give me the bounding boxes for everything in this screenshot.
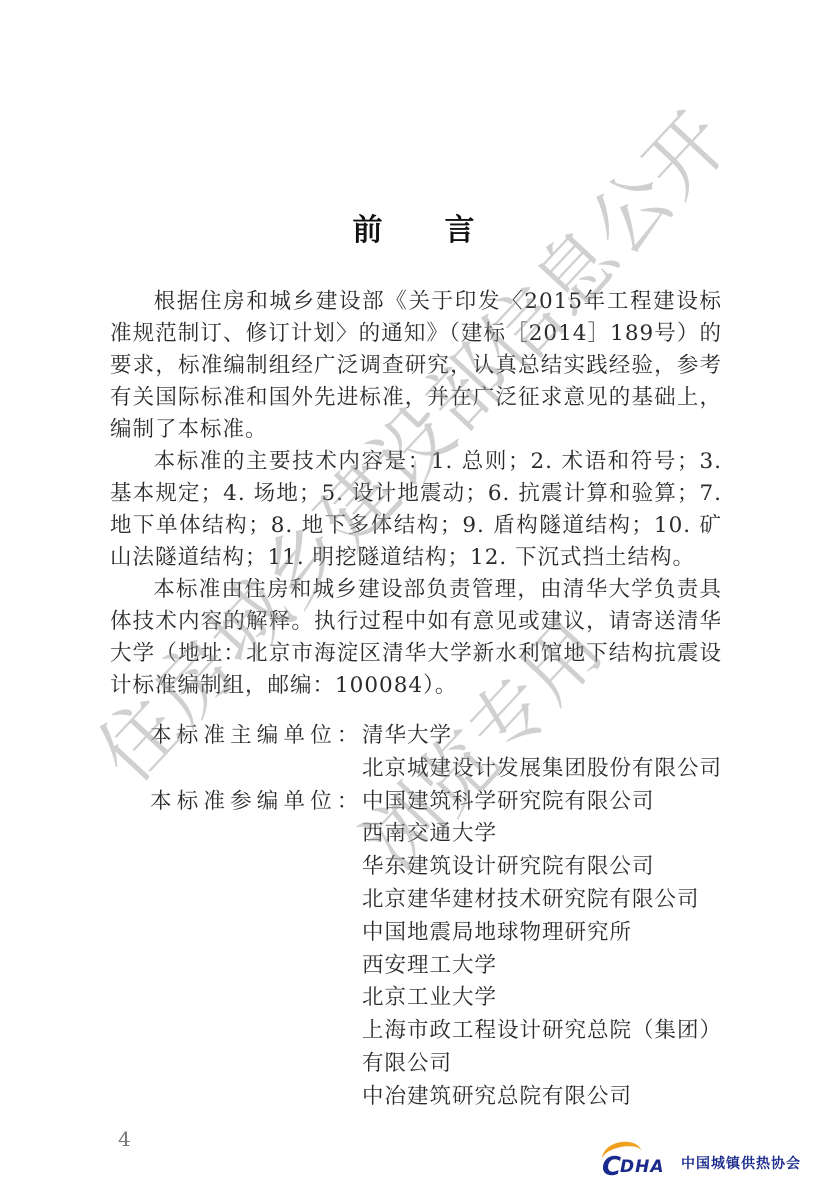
participating-units-label: 本标准参编单位： <box>150 786 362 819</box>
chief-unit-row: 北京城建设计发展集团股份有限公司 <box>150 753 722 786</box>
participating-unit-row: 上海市政工程设计研究总院（集团） <box>150 1015 722 1048</box>
cdha-logo: C DHA 中国城镇供热协会 <box>600 1140 801 1180</box>
paragraph-text: 本标准由住房和城乡建设部负责管理，由清华大学负责具体技术内容的解释。执行过程中如… <box>110 577 722 698</box>
chief-units-label: 本标准主编单位： <box>150 720 362 753</box>
logo-letter: C <box>602 1152 621 1182</box>
unit-name: 上海市政工程设计研究总院（集团） <box>362 1015 722 1048</box>
paragraph-text: 本标准的主要技术内容是：1. 总则；2. 术语和符号；3. 基本规定；4. 场地… <box>110 449 722 570</box>
logo-organization-name: 中国城镇供热协会 <box>681 1153 801 1173</box>
participating-unit-row: 西安理工大学 <box>150 950 722 983</box>
unit-name: 北京城建设计发展集团股份有限公司 <box>362 753 722 786</box>
paragraph-text: 根据住房和城乡建设部《关于印发〈2015年工程建设标准规范制订、修订计划〉的通知… <box>110 289 722 442</box>
logo-acronym: DHA <box>620 1157 665 1177</box>
chief-unit-row: 本标准主编单位： 清华大学 <box>150 720 722 753</box>
participating-unit-row: 中冶建筑研究总院有限公司 <box>150 1081 722 1114</box>
unit-name: 中国建筑科学研究院有限公司 <box>362 786 655 819</box>
units-list: 本标准主编单位： 清华大学 北京城建设计发展集团股份有限公司 本标准参编单位： … <box>150 720 722 1114</box>
unit-name: 西南交通大学 <box>362 818 497 851</box>
unit-name: 西安理工大学 <box>362 950 497 983</box>
participating-unit-row: 北京建华建材技术研究院有限公司 <box>150 884 722 917</box>
participating-unit-row: 北京工业大学 <box>150 982 722 1015</box>
page-title: 前言 <box>0 205 827 249</box>
paragraph-basis: 根据住房和城乡建设部《关于印发〈2015年工程建设标准规范制订、修订计划〉的通知… <box>110 286 722 446</box>
unit-name: 中冶建筑研究总院有限公司 <box>362 1081 632 1114</box>
unit-name: 有限公司 <box>362 1048 452 1081</box>
participating-unit-row: 华东建筑设计研究院有限公司 <box>150 851 722 884</box>
logo-mark-icon: C DHA <box>600 1140 675 1180</box>
paragraph-management: 本标准由住房和城乡建设部负责管理，由清华大学负责具体技术内容的解释。执行过程中如… <box>110 574 722 702</box>
participating-unit-row: 有限公司 <box>150 1048 722 1081</box>
participating-unit-row: 本标准参编单位： 中国建筑科学研究院有限公司 <box>150 786 722 819</box>
unit-name: 华东建筑设计研究院有限公司 <box>362 851 655 884</box>
document-page: 前言 根据住房和城乡建设部《关于印发〈2015年工程建设标准规范制订、修订计划〉… <box>0 0 827 1198</box>
unit-name: 北京工业大学 <box>362 982 497 1015</box>
unit-name: 北京建华建材技术研究院有限公司 <box>362 884 700 917</box>
unit-name: 清华大学 <box>362 720 452 753</box>
participating-unit-row: 西南交通大学 <box>150 818 722 851</box>
unit-name: 中国地震局地球物理研究所 <box>362 917 632 950</box>
page-number: 4 <box>118 1127 131 1151</box>
participating-unit-row: 中国地震局地球物理研究所 <box>150 917 722 950</box>
paragraph-contents: 本标准的主要技术内容是：1. 总则；2. 术语和符号；3. 基本规定；4. 场地… <box>110 446 722 574</box>
